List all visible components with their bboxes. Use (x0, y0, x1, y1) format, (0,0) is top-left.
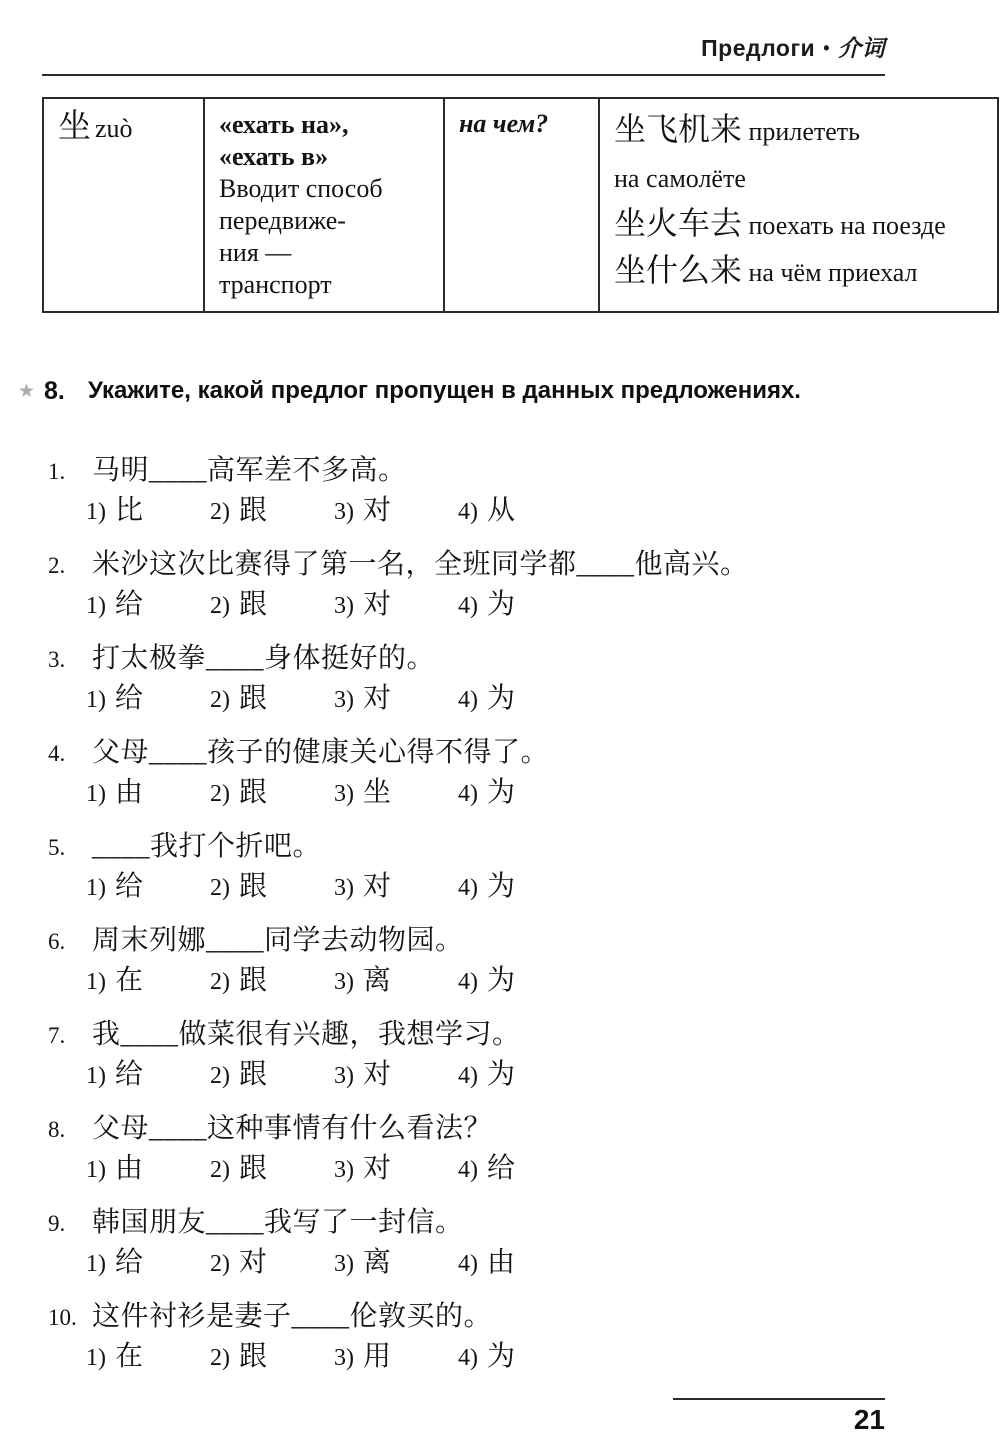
option-4: 4)为 (458, 869, 582, 906)
header-divider (42, 74, 885, 76)
exercise-number: 8. (44, 377, 65, 406)
option-1: 1)给 (86, 587, 210, 624)
option-2: 2)跟 (210, 963, 334, 1000)
option-4: 4)为 (458, 775, 582, 812)
option-3: 3)对 (334, 587, 458, 624)
option-3: 3)对 (334, 1057, 458, 1094)
question-options: 1)在2)跟3)用4)为 (42, 1339, 885, 1376)
question-options: 1)给2)对3)离4)由 (42, 1245, 885, 1282)
page-title-chinese: 介词 (838, 36, 885, 61)
option-1: 1)给 (86, 869, 210, 906)
question-9: 9.韩国朋友____我写了一封信。 1)给2)对3)离4)由 (42, 1205, 885, 1282)
question-text: 打太极拳____身体挺好的。 (92, 643, 435, 674)
option-2: 2)跟 (210, 681, 334, 718)
option-2: 2)跟 (210, 587, 334, 624)
option-2: 2)跟 (210, 493, 334, 530)
question-options: 1)由2)跟3)对4)给 (42, 1151, 885, 1188)
option-1: 1)比 (86, 493, 210, 530)
question-text: 这件衬衫是妻子____伦敦买的。 (92, 1301, 492, 1332)
example-line: 坐火车去 поехать на поезде (614, 203, 985, 250)
page-title-russian: Предлоги (701, 35, 815, 61)
option-1: 1)给 (86, 681, 210, 718)
option-4: 4)为 (458, 1339, 582, 1376)
question-number: 4. (42, 736, 92, 772)
question-number: 2. (42, 548, 92, 584)
option-3: 3)用 (334, 1339, 458, 1376)
option-1: 1)在 (86, 963, 210, 1000)
question-options: 1)给2)跟3)对4)为 (42, 681, 885, 718)
question-options: 1)给2)跟3)对4)为 (42, 869, 885, 906)
exercise-heading: ★ 8. Укажите, какой предлог пропущен в д… (42, 377, 885, 405)
option-3: 3)离 (334, 963, 458, 1000)
meaning-line: передвиже- (219, 205, 431, 237)
chinese-word: 坐 (58, 109, 91, 145)
option-4: 4)为 (458, 681, 582, 718)
footer-divider (673, 1398, 885, 1400)
option-3: 3)对 (334, 869, 458, 906)
example-line: 坐飞机来 прилететь (614, 109, 985, 156)
question-5: 5.____我打个折吧。 1)给2)跟3)对4)为 (42, 829, 885, 906)
option-4: 4)为 (458, 963, 582, 1000)
question-text: 马明____高军差不多高。 (92, 455, 407, 486)
question-7: 7.我____做菜很有兴趣，我想学习。 1)给2)跟3)对4)为 (42, 1017, 885, 1094)
option-2: 2)跟 (210, 1151, 334, 1188)
page-footer: 21 (673, 1398, 885, 1436)
cell-question: на чем? (444, 98, 599, 312)
page-number: 21 (673, 1404, 885, 1436)
option-3: 3)对 (334, 493, 458, 530)
option-2: 2)跟 (210, 775, 334, 812)
question-number: 1. (42, 454, 92, 490)
question-number: 3. (42, 642, 92, 678)
question-number: 10. (42, 1300, 92, 1336)
cell-meaning: «ехать на», «ехать в» Вводит способ пере… (204, 98, 444, 312)
question-text: 父母____孩子的健康关心得不得了。 (92, 737, 549, 768)
table-row: 坐 zuò «ехать на», «ехать в» Вводит спосо… (43, 98, 998, 312)
meaning-line: «ехать в» (219, 141, 431, 173)
question-3: 3.打太极拳____身体挺好的。 1)给2)跟3)对4)为 (42, 641, 885, 718)
question-number: 8. (42, 1112, 92, 1148)
preposition-table: 坐 zuò «ехать на», «ехать в» Вводит спосо… (42, 97, 999, 313)
question-text: 韩国朋友____我写了一封信。 (92, 1207, 464, 1238)
example-line: на самолёте (614, 156, 985, 203)
option-1: 1)给 (86, 1245, 210, 1282)
question-options: 1)比2)跟3)对4)从 (42, 493, 885, 530)
question-text: 周末列娜____同学去动物园。 (92, 925, 464, 956)
textbook-page: Предлоги•介词 坐 zuò «ехать на», «ехать в» … (0, 0, 1000, 1454)
option-3: 3)对 (334, 1151, 458, 1188)
question-text: 父母____这种事情有什么看法？ (92, 1113, 492, 1144)
option-2: 2)跟 (210, 1339, 334, 1376)
option-3: 3)对 (334, 681, 458, 718)
question-number: 6. (42, 924, 92, 960)
question-6: 6.周末列娜____同学去动物园。 1)在2)跟3)离4)为 (42, 923, 885, 1000)
meaning-line: транспорт (219, 269, 431, 301)
question-options: 1)由2)跟3)坐4)为 (42, 775, 885, 812)
example-line: 坐什么来 на чём приехал (614, 250, 985, 297)
question-number: 7. (42, 1018, 92, 1054)
meaning-line: ния — (219, 237, 431, 269)
option-1: 1)在 (86, 1339, 210, 1376)
page-header: Предлоги•介词 (42, 0, 885, 76)
question-list: 1.马明____高军差不多高。 1)比2)跟3)对4)从 2.米沙这次比赛得了第… (42, 453, 885, 1376)
pinyin: zuò (95, 114, 133, 143)
exercise-title: Укажите, какой предлог пропущен в данных… (88, 377, 801, 404)
option-1: 1)由 (86, 1151, 210, 1188)
option-2: 2)跟 (210, 869, 334, 906)
option-4: 4)为 (458, 1057, 582, 1094)
option-4: 4)由 (458, 1245, 582, 1282)
option-2: 2)对 (210, 1245, 334, 1282)
question-1: 1.马明____高军差不多高。 1)比2)跟3)对4)从 (42, 453, 885, 530)
page-title: Предлоги•介词 (42, 30, 885, 63)
question-8: 8.父母____这种事情有什么看法？ 1)由2)跟3)对4)给 (42, 1111, 885, 1188)
title-separator-dot: • (823, 38, 830, 58)
question-options: 1)在2)跟3)离4)为 (42, 963, 885, 1000)
page-content: Предлоги•介词 坐 zuò «ехать на», «ехать в» … (42, 0, 885, 1393)
option-1: 1)由 (86, 775, 210, 812)
meaning-line: Вводит способ (219, 173, 431, 205)
question-4: 4.父母____孩子的健康关心得不得了。 1)由2)跟3)坐4)为 (42, 735, 885, 812)
question-number: 5. (42, 830, 92, 866)
cell-examples: 坐飞机来 прилететь на самолёте 坐火车去 поехать … (599, 98, 998, 312)
question-text: 我____做菜很有兴趣，我想学习。 (92, 1019, 521, 1050)
option-4: 4)给 (458, 1151, 582, 1188)
question-10: 10.这件衬衫是妻子____伦敦买的。 1)在2)跟3)用4)为 (42, 1299, 885, 1376)
question-options: 1)给2)跟3)对4)为 (42, 587, 885, 624)
question-text: 米沙这次比赛得了第一名，全班同学都____他高兴。 (92, 549, 749, 580)
question-2: 2.米沙这次比赛得了第一名，全班同学都____他高兴。 1)给2)跟3)对4)为 (42, 547, 885, 624)
meaning-line: «ехать на», (219, 109, 431, 141)
option-4: 4)从 (458, 493, 582, 530)
option-3: 3)离 (334, 1245, 458, 1282)
cell-word: 坐 zuò (43, 98, 204, 312)
option-2: 2)跟 (210, 1057, 334, 1094)
option-3: 3)坐 (334, 775, 458, 812)
option-1: 1)给 (86, 1057, 210, 1094)
question-number: 9. (42, 1206, 92, 1242)
question-options: 1)给2)跟3)对4)为 (42, 1057, 885, 1094)
question-text: ____我打个折吧。 (92, 831, 321, 862)
star-icon: ★ (18, 380, 35, 402)
option-4: 4)为 (458, 587, 582, 624)
